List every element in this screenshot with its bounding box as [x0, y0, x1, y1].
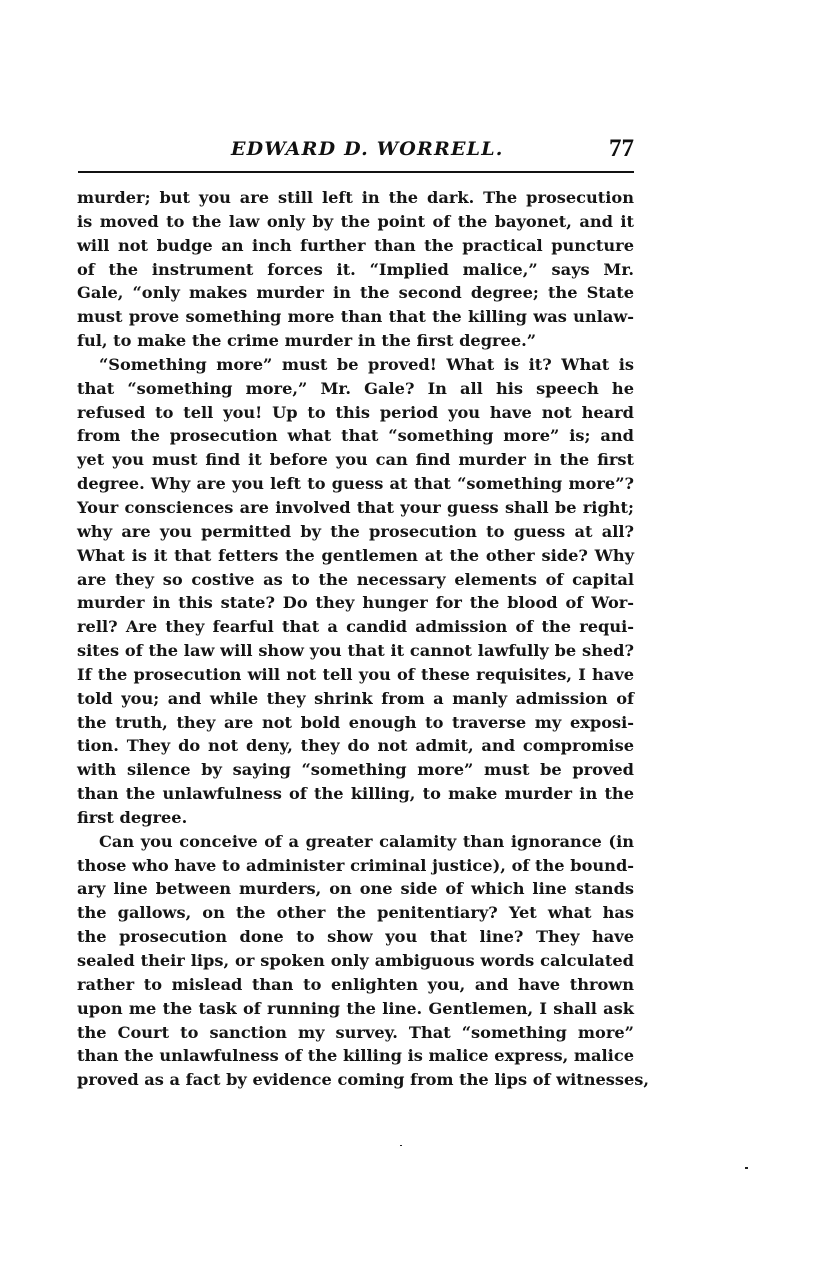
text-line: What is it that fetters the gentlemen at… [77, 544, 634, 568]
text-line: degree. Why are you left to guess at tha… [77, 472, 634, 496]
text-line: the Court to sanction my survey. That “s… [77, 1021, 634, 1045]
text-line: the prosecution done to show you that li… [77, 925, 634, 949]
body-text: murder; but you are still left in the da… [77, 186, 634, 1092]
text-line: must prove something more than that the … [77, 305, 634, 329]
text-line: is moved to the law only by the point of… [77, 210, 634, 234]
text-line: “Something more” must be proved! What is… [77, 353, 634, 377]
text-line: with silence by saying “something more” … [77, 758, 634, 782]
text-line: If the prosecution will not tell you of … [77, 663, 634, 687]
text-line: rell? Are they fearful that a candid adm… [77, 615, 634, 639]
running-head-title: EDWARD D. WORRELL. [231, 138, 504, 160]
text-line: are they so costive as to the necessary … [77, 568, 634, 592]
scan-speck [745, 1167, 748, 1169]
text-line: than the unlawfulness of the killing, to… [77, 782, 634, 806]
text-line: first degree. [77, 806, 634, 830]
text-line: murder in this state? Do they hunger for… [77, 591, 634, 615]
text-line: Can you conceive of a greater calamity t… [77, 830, 634, 854]
text-line: the truth, they are not bold enough to t… [77, 711, 634, 735]
text-line: ary line between murders, on one side of… [77, 877, 634, 901]
page-number: 77 [609, 135, 634, 163]
text-line: than the unlawfulness of the killing is … [77, 1044, 634, 1068]
text-line: will not budge an inch further than the … [77, 234, 634, 258]
text-line: Gale, “only makes murder in the second d… [77, 281, 634, 305]
text-line: told you; and while they shrink from a m… [77, 687, 634, 711]
text-line: rather to mislead than to enlighten you,… [77, 973, 634, 997]
text-line: upon me the task of running the line. Ge… [77, 997, 634, 1021]
text-line: of the instrument forces it. “Implied ma… [77, 258, 634, 282]
text-line: the gallows, on the other the penitentia… [77, 901, 634, 925]
book-page: EDWARD D. WORRELL. 77 murder; but you ar… [0, 0, 836, 1284]
text-line: yet you must find it before you can find… [77, 448, 634, 472]
text-line: that “something more,” Mr. Gale? In all … [77, 377, 634, 401]
text-line: tion. They do not deny, they do not admi… [77, 734, 634, 758]
text-line: Your consciences are involved that your … [77, 496, 634, 520]
text-line: ful, to make the crime murder in the fir… [77, 329, 634, 353]
paragraph: “Something more” must be proved! What is… [77, 353, 634, 830]
text-line: refused to tell you! Up to this period y… [77, 401, 634, 425]
paragraph: murder; but you are still left in the da… [77, 186, 634, 353]
paragraph: Can you conceive of a greater calamity t… [77, 830, 634, 1092]
text-line: why are you permitted by the prosecution… [77, 520, 634, 544]
header-rule [78, 171, 634, 173]
text-line: proved as a fact by evidence coming from… [77, 1068, 634, 1092]
text-line: murder; but you are still left in the da… [77, 186, 634, 210]
scan-speck [400, 1145, 402, 1146]
text-line: from the prosecution what that “somethin… [77, 424, 634, 448]
text-line: sites of the law will show you that it c… [77, 639, 634, 663]
text-line: those who have to administer criminal ju… [77, 854, 634, 878]
running-head: EDWARD D. WORRELL. 77 [78, 138, 634, 168]
text-line: sealed their lips, or spoken only ambigu… [77, 949, 634, 973]
